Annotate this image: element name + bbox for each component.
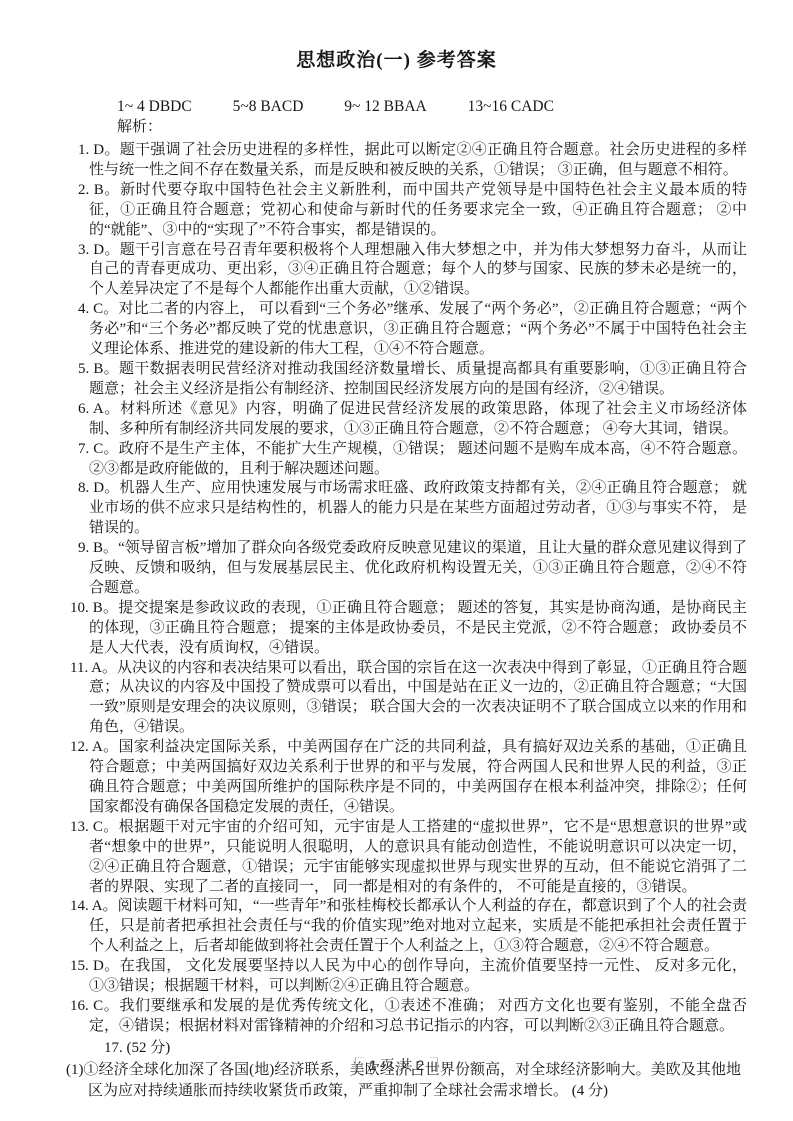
analysis-label: 解析： <box>117 117 793 137</box>
item-number: 9. B。 <box>78 540 118 556</box>
item-number: 15. D。 <box>70 958 120 974</box>
analysis-item: 5. B。题干数据表明民营经济对推动我国经济数量增长、质量提高都具有重要影响，①… <box>0 360 793 400</box>
item-number: 11. A。 <box>70 660 117 676</box>
item-text: 阅读题干材料可知，“一些青年”和张桂梅校长都承认个人利益的存在，都意识到了个人的… <box>89 898 747 954</box>
item-number: 10. B。 <box>70 600 118 616</box>
page-footer: 1 页 共 2 <box>0 1055 793 1075</box>
analysis-item: 15. D。在我国， 文化发展要坚持以人民为中心的创作导向，主流价值要坚持一元性… <box>0 957 793 997</box>
item-text: 提交提案是参政议政的表现，①正确且符合题意； 题述的答复，其实是协商沟通，是协商… <box>89 600 747 656</box>
analysis-item: 2. B。新时代要夺取中国特色社会主义新胜利，而中国共产党领导是中国特色社会主义… <box>0 181 793 241</box>
document-page: 思想政治(一) 参考答案 1~ 4 DBDC 5~8 BACD 9~ 12 BB… <box>0 0 793 1103</box>
analysis-item: 4. C。对比二者的内容上， 可以看到“三个务必”继承、发展了“两个务必”，②正… <box>0 300 793 360</box>
analysis-item: 9. B。“领导留言板”增加了群众向各级党委政府反映意见建议的渠道，且让大量的群… <box>0 539 793 599</box>
analysis-item: 3. D。题干引言意在号召青年要积极将个人理想融入伟大梦想之中，并为伟大梦想努力… <box>0 241 793 301</box>
analysis-item: 6. A。材料所述《意见》内容，明确了促进民营经济发展的政策思路，体现了社会主义… <box>0 400 793 440</box>
item-number: 4. C。 <box>78 301 118 317</box>
missing-glyph-box <box>429 1057 438 1072</box>
answer-key-group: 1~ 4 DBDC <box>117 98 192 115</box>
item-text: 材料所述《意见》内容，明确了促进民营经济发展的政策思路，体现了社会主义市场经济体… <box>89 401 747 437</box>
answer-key-row: 1~ 4 DBDC 5~8 BACD 9~ 12 BBAA 13~16 CADC <box>117 98 753 116</box>
item-text: 国家利益决定国际关系，中美两国存在广泛的共同利益，具有搞好双边关系的基础，①正确… <box>89 739 747 815</box>
item-number: 3. D。 <box>78 242 120 258</box>
answer-key-group: 5~8 BACD <box>233 98 304 115</box>
item-text: 题干引言意在号召青年要积极将个人理想融入伟大梦想之中，并为伟大梦想努力奋斗，从而… <box>89 242 747 298</box>
analysis-item: 7. C。政府不是生产主体，不能扩大生产规模，①错误； 题述问题不是购车成本高，… <box>0 440 793 480</box>
item-text: 根据题干对元宇宙的介绍可知，元宇宙是人工搭建的“虚拟世界”，它不是“思想意识的世… <box>89 819 747 895</box>
analysis-list: 1. D。题干强调了社会历史进程的多样性，据此可以断定②④正确且符合题意。社会历… <box>0 141 793 1037</box>
item-text: 在我国， 文化发展要坚持以人民为中心的创作导向，主流价值要坚持一元性、 反对多元… <box>89 958 747 994</box>
page-number-text: 1 页 共 2 <box>369 1057 424 1073</box>
item-text: “领导留言板”增加了群众向各级党委政府反映意见建议的渠道，且让大量的群众意见建议… <box>89 540 747 596</box>
answer-key-group: 13~16 CADC <box>468 98 554 115</box>
item-number: 8. D。 <box>78 480 120 496</box>
item-text: 我们要继承和发展的是优秀传统文化，①表述不准确； 对西方文化也要有鉴别，不能全盘… <box>89 998 747 1034</box>
answer-key-group: 9~ 12 BBAA <box>344 98 426 115</box>
item-number: 2. B。 <box>78 182 120 198</box>
item-number: 16. C。 <box>70 998 119 1014</box>
analysis-item: 13. C。根据题干对元宇宙的介绍可知，元宇宙是人工搭建的“虚拟世界”，它不是“… <box>0 818 793 898</box>
analysis-item: 11. A。从决议的内容和表决结果可以看出，联合国的宗旨在这一次表决中得到了彰显… <box>0 659 793 739</box>
item-number: 5. B。 <box>78 361 119 377</box>
item-number: 12. A。 <box>70 739 119 755</box>
analysis-item: 16. C。我们要继承和发展的是优秀传统文化，①表述不准确； 对西方文化也要有鉴… <box>0 997 793 1037</box>
item-number: 14. A。 <box>70 898 118 914</box>
item-text: 新时代要夺取中国特色社会主义新胜利，而中国共产党领导是中国特色社会主义最本质的特… <box>89 182 747 238</box>
missing-glyph-box <box>355 1057 364 1072</box>
item-text: 题干强调了社会历史进程的多样性，据此可以断定②④正确且符合题意。社会历史进程的多… <box>89 142 747 178</box>
analysis-item: 14. A。阅读题干材料可知，“一些青年”和张桂梅校长都承认个人利益的存在，都意… <box>0 897 793 957</box>
item-text: 对比二者的内容上， 可以看到“三个务必”继承、发展了“两个务必”，②正确且符合题… <box>89 301 747 357</box>
item-number: 13. C。 <box>70 819 119 835</box>
analysis-item: 12. A。国家利益决定国际关系，中美两国存在广泛的共同利益，具有搞好双边关系的… <box>0 738 793 818</box>
item-number: 6. A。 <box>78 401 120 417</box>
page-title: 思想政治(一) 参考答案 <box>0 0 793 72</box>
analysis-item: 10. B。提交提案是参政议政的表现，①正确且符合题意； 题述的答复，其实是协商… <box>0 599 793 659</box>
item-number: 7. C。 <box>78 441 119 457</box>
item-text: 政府不是生产主体，不能扩大生产规模，①错误； 题述问题不是购车成本高，④不符合题… <box>89 441 747 477</box>
item-text: 机器人生产、应用快速发展与市场需求旺盛、政府政策支持都有关，②④正确且符合题意；… <box>89 480 747 536</box>
item-number: 1. D。 <box>78 142 120 158</box>
analysis-item: 8. D。机器人生产、应用快速发展与市场需求旺盛、政府政策支持都有关，②④正确且… <box>0 479 793 539</box>
item-text: 从决议的内容和表决结果可以看出，联合国的宗旨在这一次表决中得到了彰显，①正确且符… <box>89 660 747 736</box>
item-text: 题干数据表明民营经济对推动我国经济数量增长、质量提高都具有重要影响，①③正确且符… <box>89 361 747 397</box>
analysis-item: 1. D。题干强调了社会历史进程的多样性，据此可以断定②④正确且符合题意。社会历… <box>0 141 793 181</box>
